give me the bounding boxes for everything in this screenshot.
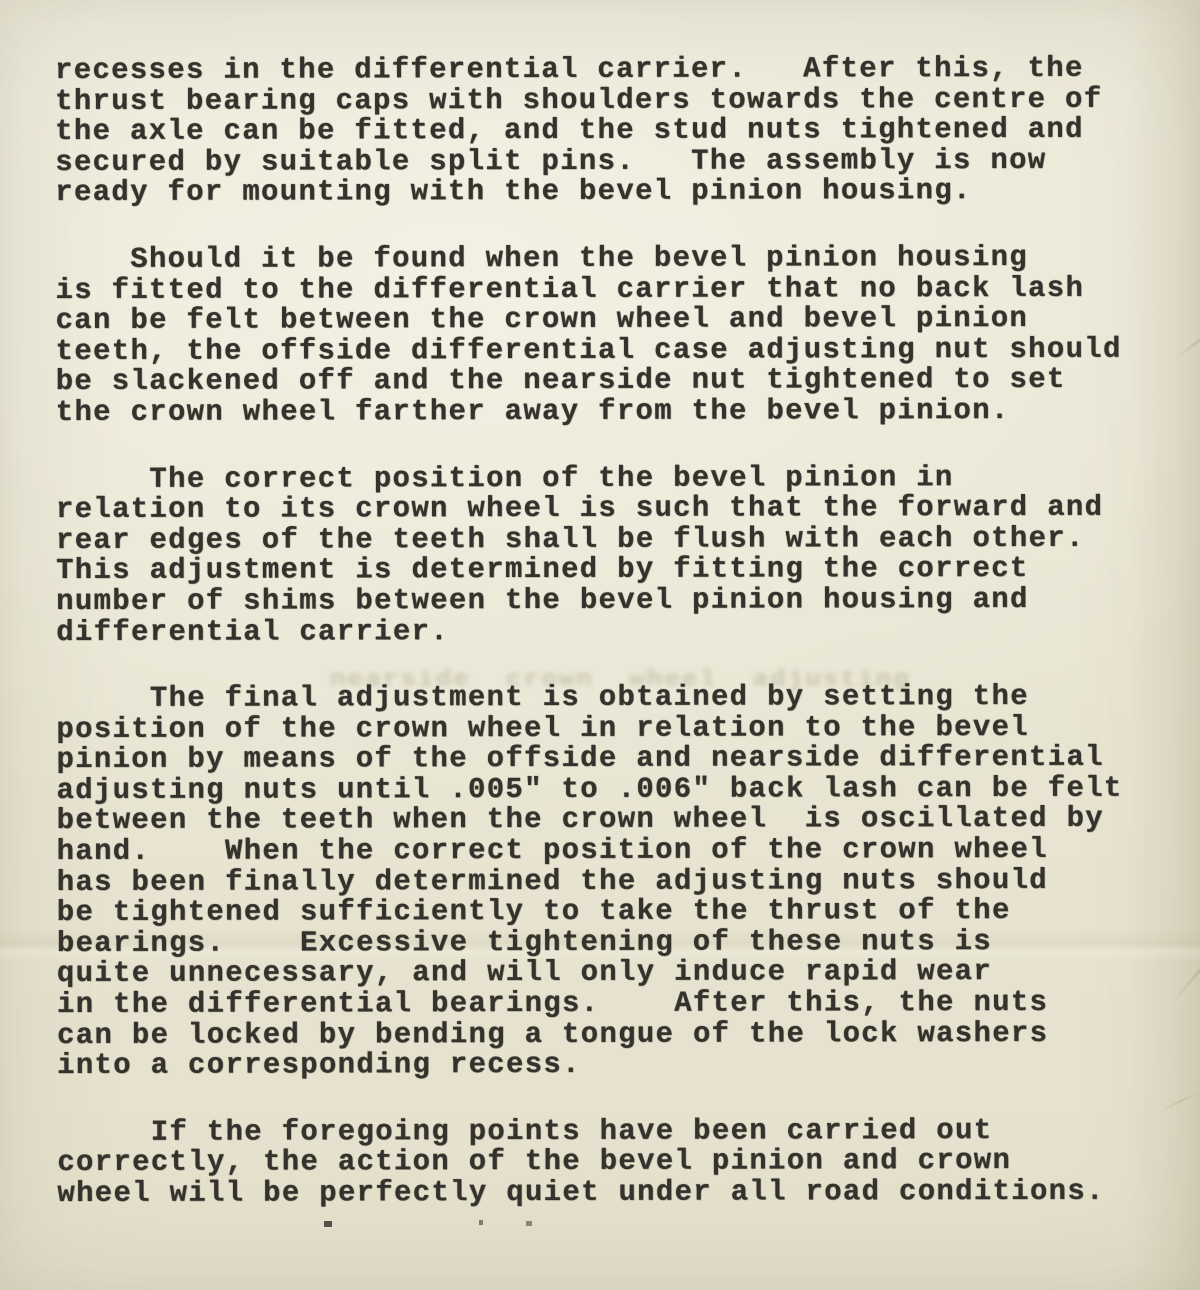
text-line: be slackened off and the nearside nut ti… xyxy=(56,365,1122,398)
text-line: The final adjustment is obtained by sett… xyxy=(56,682,1122,715)
ink-speck xyxy=(479,1220,483,1225)
text-line: number of shims between the bevel pinion… xyxy=(56,585,1122,618)
text-line: pinion by means of the offside and nears… xyxy=(56,743,1122,776)
paper-edge-shading xyxy=(1130,0,1200,1290)
text-line: secured by suitable split pins. The asse… xyxy=(55,146,1121,179)
text-line: has been finally determined the adjustin… xyxy=(57,865,1123,898)
paper-crease xyxy=(1172,917,1200,1003)
ink-speck xyxy=(324,1221,332,1227)
paragraph: Should it be found when the bevel pinion… xyxy=(55,243,1121,429)
text-line: is fitted to the differential carrier th… xyxy=(55,273,1121,306)
text-line: position of the crown wheel in relation … xyxy=(56,712,1122,745)
typewritten-text-block: recesses in the differential carrier. Af… xyxy=(55,54,1124,1246)
text-line: between the teeth when the crown wheel i… xyxy=(57,804,1123,837)
text-line: bearings. Excessive tightening of these … xyxy=(57,927,1123,960)
text-line: can be felt between the crown wheel and … xyxy=(56,304,1122,337)
paragraph: The correct position of the bevel pinion… xyxy=(56,462,1122,648)
text-line: be tightened sufficiently to take the th… xyxy=(57,896,1123,929)
text-line: correctly, the action of the bevel pinio… xyxy=(57,1146,1123,1179)
text-line: ready for mounting with the bevel pinion… xyxy=(55,176,1121,209)
text-line: teeth, the offside differential case adj… xyxy=(56,335,1122,368)
text-line: quite unnecessary, and will only induce … xyxy=(57,957,1123,990)
ink-speck xyxy=(526,1221,532,1226)
text-line: The correct position of the bevel pinion… xyxy=(56,462,1122,495)
text-line: rear edges of the teeth shall be flush w… xyxy=(56,523,1122,556)
paper-crease xyxy=(1174,299,1200,360)
text-line: wheel will be perfectly quiet under all … xyxy=(57,1177,1123,1210)
text-line: This adjustment is determined by fitting… xyxy=(56,554,1122,587)
text-line: the axle can be fitted, and the stud nut… xyxy=(55,115,1121,148)
paragraph: If the foregoing points have been carrie… xyxy=(57,1116,1123,1210)
text-line: Should it be found when the bevel pinion… xyxy=(55,243,1121,276)
paragraph: The final adjustment is obtained by sett… xyxy=(56,682,1123,1082)
paragraph: recesses in the differential carrier. Af… xyxy=(55,54,1121,209)
text-line: the crown wheel farther away from the be… xyxy=(56,396,1122,429)
text-line: can be locked by bending a tongue of the… xyxy=(57,1018,1123,1051)
text-line: relation to its crown wheel is such that… xyxy=(56,493,1122,526)
paper-crease xyxy=(1160,1090,1200,1112)
text-line: recesses in the differential carrier. Af… xyxy=(55,54,1121,87)
text-line: adjusting nuts until .005" to .006" back… xyxy=(57,774,1123,807)
text-line: If the foregoing points have been carrie… xyxy=(57,1116,1123,1149)
text-line: into a corresponding recess. xyxy=(57,1049,1123,1082)
text-line: in the differential bearings. After this… xyxy=(57,988,1123,1021)
text-line: hand. When the correct position of the c… xyxy=(57,835,1123,868)
text-line: thrust bearing caps with shoulders towar… xyxy=(55,84,1121,117)
text-line: differential carrier. xyxy=(56,615,1122,648)
